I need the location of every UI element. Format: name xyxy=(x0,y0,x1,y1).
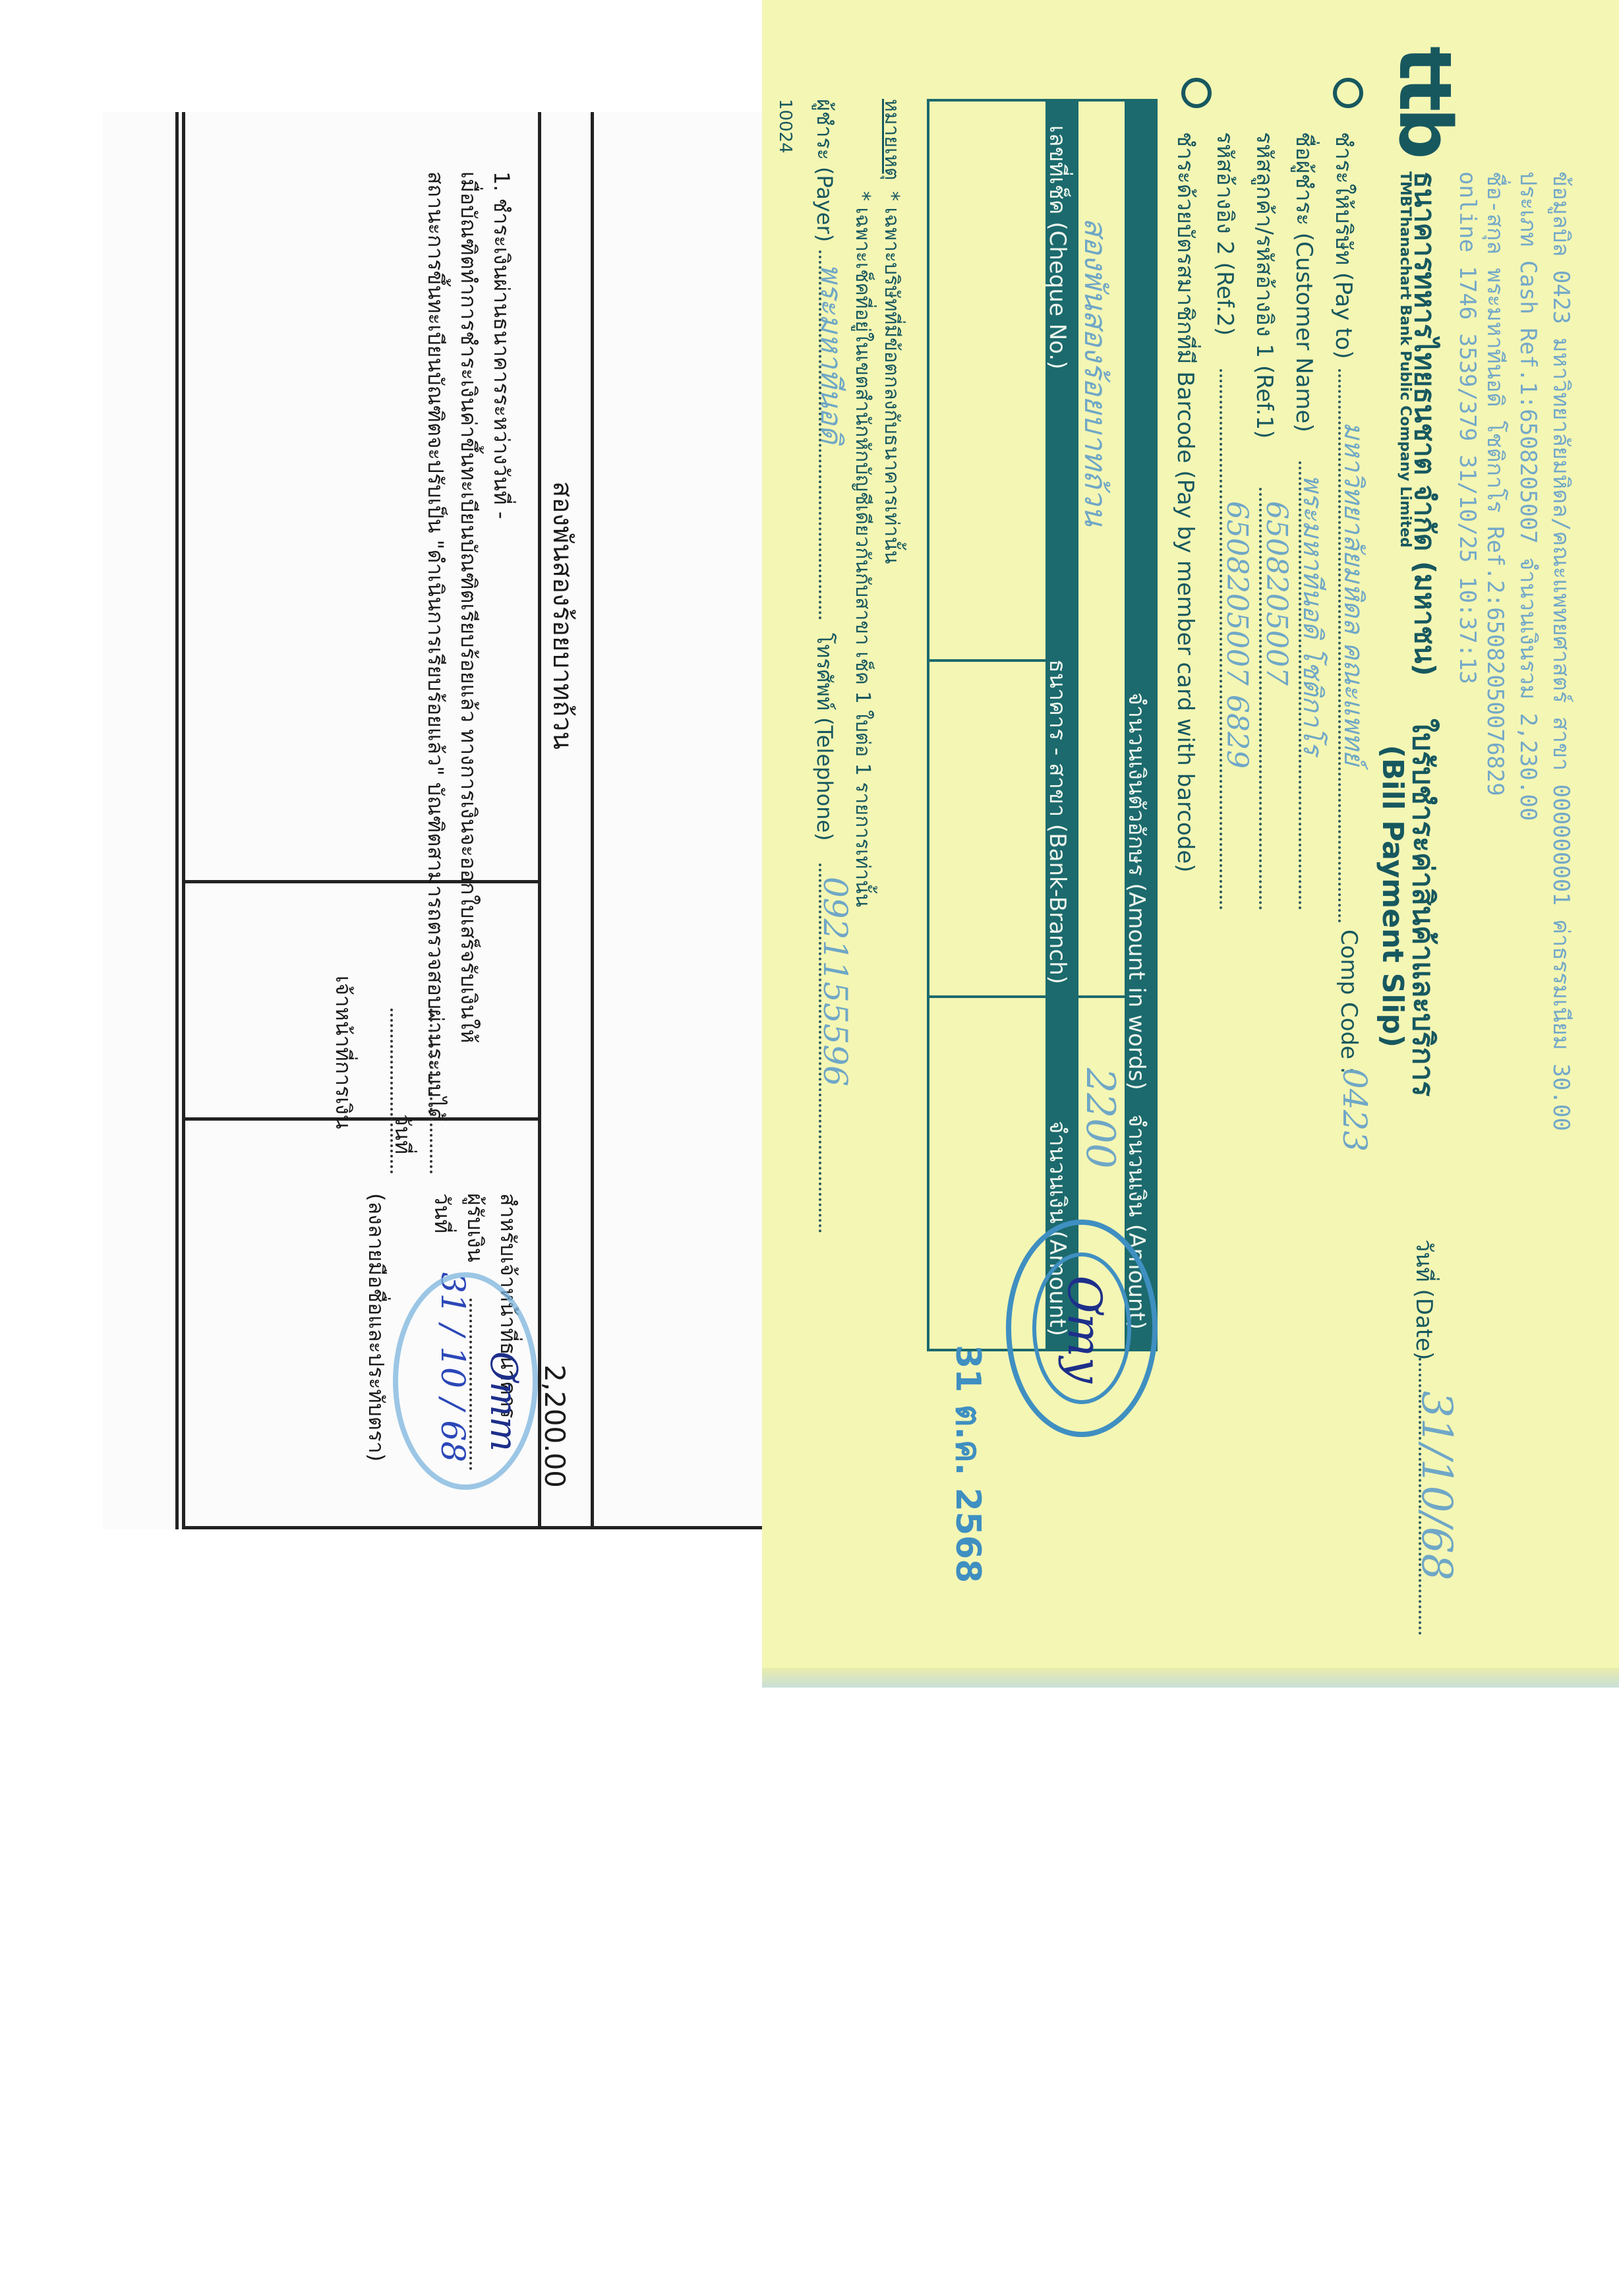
telephone-label: โทรศัพท์ (Telephone) xyxy=(808,633,841,841)
received-date-stamp: 31 ต.ค. 2568 xyxy=(941,1345,996,1583)
receiver-date-label: วันที่ xyxy=(425,1193,459,1233)
receiver-label: ผู้รับเงิน xyxy=(458,1193,492,1262)
receiver-signature: Ơmm xyxy=(482,1351,525,1452)
comp-code-label: Comp Code : xyxy=(1336,929,1362,1074)
amount-words-header: จำนวนเงินตัวอักษร (Amount in words) xyxy=(1119,692,1155,1090)
receipt-amount-words: สองพันสองร้อยบาทถ้วน xyxy=(542,481,584,750)
teller-signature: Ơmy xyxy=(1057,1276,1111,1383)
printout-line-3: ชื่อ-สกุล พระมหาทีนอดิ โชติกาโร Ref.2:65… xyxy=(1478,171,1514,796)
bank-name-en: TMBThanachart Bank Public Company Limite… xyxy=(1397,171,1413,548)
barcode-option-label: ชำระด้วยบัตรสมาชิกที่มี Barcode (Pay by … xyxy=(1168,132,1204,873)
payer-label: ผู้ชำระ (Payer) xyxy=(808,99,841,242)
radio-pay-to[interactable] xyxy=(1333,78,1363,108)
date-label: วันที่ (Date) xyxy=(1407,1239,1442,1360)
slip-edge xyxy=(762,1668,1619,1688)
comp-code-value[interactable]: 0423 xyxy=(1336,1068,1374,1152)
amount-value[interactable]: 2200 xyxy=(1077,1068,1123,1169)
bill-payment-slip: ข้อมูลบิล 0423 มหาวิทยาลัยมหิดล/คณะแพทยศ… xyxy=(762,0,1619,1688)
customer-name-label: ชื่อผู้ชำระ (Customer Name) xyxy=(1287,132,1322,432)
rotated-document: ข้อมูลบิล 0423 มหาวิทยาลัยมหิดล/คณะแพทยศ… xyxy=(0,0,1619,2296)
pay-to-label: ชำระให้บริษัท (Pay to) xyxy=(1326,132,1362,359)
ttb-logo: ttb xyxy=(1383,46,1467,156)
receipt-upper-box xyxy=(591,112,762,1529)
ref2-value[interactable]: 6508205007 6829 xyxy=(1220,501,1254,769)
slip-title-en: (Bill Payment Slip) xyxy=(1376,745,1409,1047)
officer-label: เจ้าหน้าที่การเงิน xyxy=(326,976,360,1129)
bank-branch-header: ธนาคาร - สาขา (Bank-Branch) xyxy=(1040,659,1076,984)
sign-note: (ลงลายมือชื่อและประทับตรา) xyxy=(359,1193,393,1461)
cheque-divider-2 xyxy=(927,995,1045,998)
ref1-value[interactable]: 6508205007 xyxy=(1260,501,1293,686)
pay-to-value[interactable]: มหาวิทยาลัยมหิดล คณะแพทย์ xyxy=(1333,422,1375,765)
customer-name-value[interactable]: พระมหาทีนอดิ โชติกาโร xyxy=(1292,475,1334,755)
university-receipt: สองพันสองร้อยบาทถ้วน 1. ชำระเงินผ่านธนาค… xyxy=(103,112,762,1529)
receipt-officer-cell xyxy=(182,883,538,1121)
payer-value[interactable]: พระมหาทีนอดิ xyxy=(808,264,854,444)
form-code: 10024 xyxy=(775,99,795,154)
radio-barcode[interactable] xyxy=(1181,78,1212,108)
receipt-amount: 2,200.00 xyxy=(539,1365,571,1488)
printout-line-1: ข้อมูลบิล 0423 มหาวิทยาลัยมหิดล/คณะแพทยศ… xyxy=(1544,171,1579,1131)
ref1-label: รหัสลูกค้า/รหัสอ้างอิง 1 (Ref.1) xyxy=(1247,132,1283,438)
receipt-note-1: 1. ชำระเงินผ่านธนาคารระหว่างวันที่ - xyxy=(485,171,518,519)
note-line-1: * เฉพาะบริษัทที่มีข้อตกลงกับธนาคารเท่านั… xyxy=(876,191,907,564)
ref2-label: รหัสอ้างอิง 2 (Ref.2) xyxy=(1208,132,1243,336)
date-value[interactable]: 31/10/68 xyxy=(1412,1391,1461,1580)
cheque-divider-1 xyxy=(927,659,1045,662)
telephone-value[interactable]: 0921155596 xyxy=(816,877,854,1086)
printout-line-4: online 1746 3539/379 31/10/25 10:37:13 xyxy=(1454,171,1481,684)
receipt-amount-words-row xyxy=(538,112,591,1529)
cheque-no-header: เลขที่เช็ค (Cheque No.) xyxy=(1040,125,1076,369)
note-label: หมายเหตุ xyxy=(876,99,907,181)
printout-line-2: ประเภท Cash Ref.1:6508205007 จำนวนเงินรว… xyxy=(1511,171,1546,821)
amount-divider xyxy=(1078,995,1125,998)
